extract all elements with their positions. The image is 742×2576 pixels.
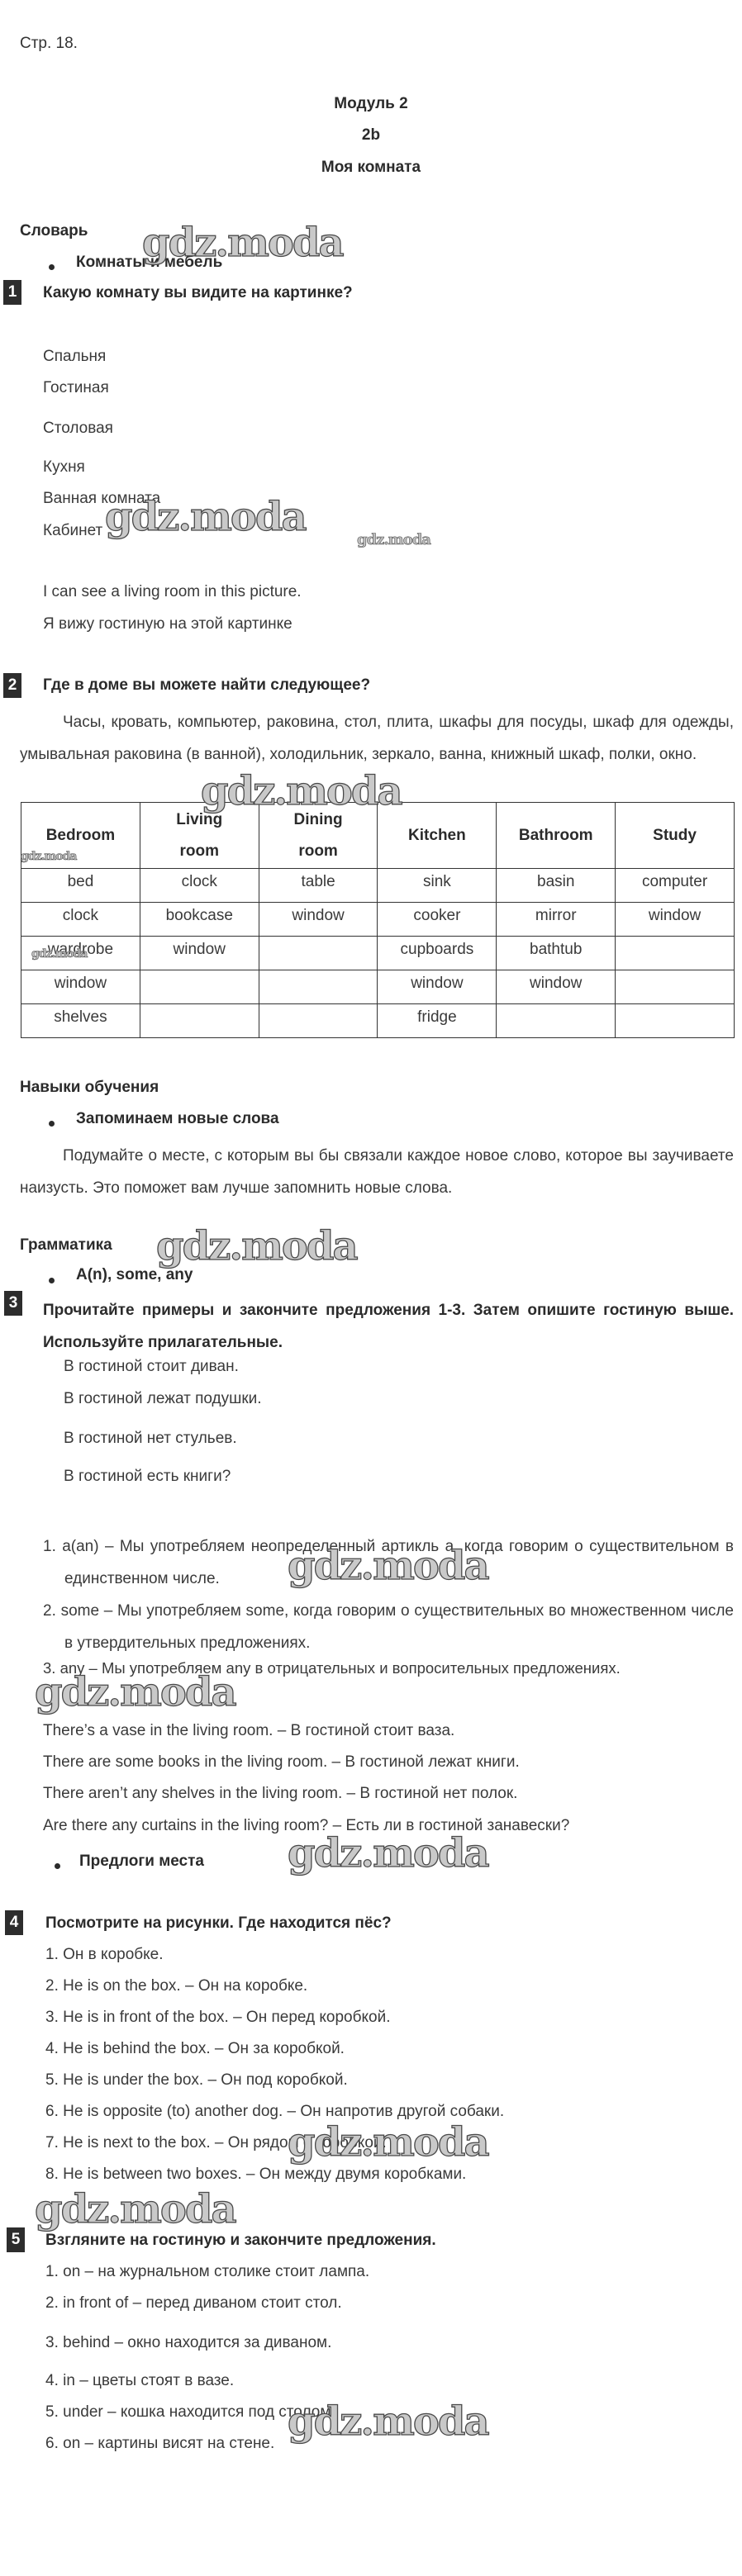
table-cell: bed <box>21 869 140 903</box>
table-cell: window <box>497 970 616 1004</box>
exercise-1-answer-ru: Я вижу гостиную на этой картинке <box>43 615 293 633</box>
list-item: 2. in front of – перед диваном стоит сто… <box>45 2294 342 2313</box>
example-translation: There aren’t any shelves in the living r… <box>43 1785 517 1803</box>
table-cell <box>616 970 735 1004</box>
watermark: gdz.moda <box>288 2398 488 2445</box>
example-translation: There’s a vase in the living room. – В г… <box>43 1722 454 1740</box>
table-cell: sink <box>378 869 497 903</box>
example-sentence: В гостиной нет стульев. <box>64 1430 237 1448</box>
example-sentence: В гостиной есть книги? <box>64 1468 231 1486</box>
page-label: Стр. 18. <box>20 35 78 53</box>
exercise-number-badge: 4 <box>5 1910 23 1935</box>
table-cell <box>259 970 378 1004</box>
exercise-number-badge: 1 <box>3 280 21 305</box>
table-cell: computer <box>616 869 735 903</box>
table-cell <box>497 1004 616 1038</box>
watermark: gdz.moda <box>156 1223 357 1269</box>
watermark: gdz.moda <box>288 1543 488 1589</box>
exercise-2-question: Где в доме вы можете найти следующее? <box>43 676 370 695</box>
table-cell: window <box>140 937 259 970</box>
table-cell: window <box>21 970 140 1004</box>
list-item: 6. He is opposite (to) another dog. – Он… <box>45 2103 504 2121</box>
example-translation: There are some books in the living room.… <box>43 1753 520 1772</box>
table-cell: shelves <box>21 1004 140 1038</box>
table-cell: bookcase <box>140 903 259 937</box>
exercise-5-question: Взгляните на гостиную и закончите предло… <box>45 2232 436 2250</box>
watermark: gdz.moda <box>105 494 306 540</box>
list-item: 1. on – на журнальном столике стоит ламп… <box>45 2263 369 2281</box>
table-cell: window <box>378 970 497 1004</box>
table-header-text: Bathroom <box>497 820 615 852</box>
table-cell <box>616 1004 735 1038</box>
study-skills-bullet: Запоминаем новые слова <box>76 1110 279 1128</box>
table-cell <box>140 970 259 1004</box>
list-item: 4. He is behind the box. – Он за коробко… <box>45 2040 345 2058</box>
exercise-number-badge: 2 <box>3 673 21 698</box>
room-item: Кухня <box>43 458 85 477</box>
table-cell: cupboards <box>378 937 497 970</box>
watermark: gdz.moda <box>357 531 430 548</box>
table-header-text: room <box>140 836 259 867</box>
room-item: Гостиная <box>43 379 109 397</box>
list-item: 8. He is between two boxes. – Он между д… <box>45 2166 466 2184</box>
exercise-2-word-list: Часы, кровать, компьютер, раковина, стол… <box>20 706 734 771</box>
bullet-icon <box>49 1121 55 1127</box>
exercise-1-answer-en: I can see a living room in this picture. <box>43 583 302 601</box>
table-row: wardrobewindowcupboardsbathtub <box>21 937 735 970</box>
list-item: 2. He is on the box. – Он на коробке. <box>45 1977 307 1995</box>
grammar-heading: Грамматика <box>20 1236 112 1255</box>
list-item: 3. behind – окно находится за диваном. <box>45 2334 331 2352</box>
list-item: 1. Он в коробке. <box>45 1946 164 1964</box>
watermark: gdz.moda <box>201 768 402 814</box>
watermark: gdz.moda <box>35 1669 235 1715</box>
list-item: 3. He is in front of the box. – Он перед… <box>45 2009 391 2027</box>
table-cell: window <box>259 903 378 937</box>
study-skills-text: Подумайте о месте, с которым вы бы связа… <box>20 1140 734 1204</box>
table-column-header: Study <box>616 803 735 869</box>
watermark: gdz.moda <box>288 2119 488 2166</box>
table-cell <box>140 1004 259 1038</box>
bullet-icon <box>49 264 55 270</box>
table-cell: window <box>616 903 735 937</box>
exercise-number-badge: 5 <box>7 2227 25 2252</box>
table-cell: table <box>259 869 378 903</box>
table-header-text: Kitchen <box>378 820 496 852</box>
table-cell: clock <box>21 903 140 937</box>
room-item: Спальня <box>43 348 106 366</box>
bullet-icon <box>55 1863 60 1869</box>
table-cell: bathtub <box>497 937 616 970</box>
study-skills-heading: Навыки обучения <box>20 1079 159 1097</box>
table-row: windowwindowwindow <box>21 970 735 1004</box>
room-item: Кабинет <box>43 522 102 540</box>
module-title: Модуль 2 <box>0 95 742 113</box>
table-header-text: Bedroom <box>21 820 140 852</box>
table-header-text: room <box>259 836 378 867</box>
grammar-rule-2: 2. some – Мы употребляем some, когда гов… <box>43 1595 734 1659</box>
table-cell <box>616 937 735 970</box>
room-item: Столовая <box>43 420 113 438</box>
watermark: gdz.moda <box>31 947 87 961</box>
lesson-code: 2b <box>0 126 742 145</box>
watermark: gdz.moda <box>142 220 343 266</box>
prepositions-bullet: Предлоги места <box>79 1853 204 1871</box>
table-cell <box>259 1004 378 1038</box>
table-cell: basin <box>497 869 616 903</box>
bullet-icon <box>49 1278 55 1283</box>
table-row: clockbookcasewindowcookermirrorwindow <box>21 903 735 937</box>
watermark: gdz.moda <box>35 2186 235 2232</box>
exercise-3-question: Прочитайте примеры и закончите предложен… <box>43 1294 734 1359</box>
table-cell: clock <box>140 869 259 903</box>
list-item: 5. He is under the box. – Он под коробко… <box>45 2071 348 2090</box>
table-row: shelvesfridge <box>21 1004 735 1038</box>
vocabulary-heading: Словарь <box>20 222 88 240</box>
exercise-number-badge: 3 <box>4 1291 22 1316</box>
grammar-rule-text: 2. some – Мы употребляем some, когда гов… <box>43 1595 734 1659</box>
table-row: bedclocktablesinkbasincomputer <box>21 869 735 903</box>
list-item: 6. on – картины висят на стене. <box>45 2435 274 2453</box>
table-cell: fridge <box>378 1004 497 1038</box>
lesson-title: Моя комната <box>0 159 742 177</box>
exercise-1-question: Какую комнату вы видите на картинке? <box>43 284 353 302</box>
rooms-table: BedroomLivingroomDiningroomKitchenBathro… <box>21 802 735 1038</box>
table-cell: cooker <box>378 903 497 937</box>
list-item: 4. in – цветы стоят в вазе. <box>45 2372 234 2390</box>
watermark: gdz.moda <box>288 1830 488 1876</box>
example-sentence: В гостиной лежат подушки. <box>64 1390 262 1408</box>
watermark: gdz.moda <box>21 850 76 863</box>
table-header-text: Study <box>616 820 734 852</box>
table-cell: mirror <box>497 903 616 937</box>
table-cell <box>259 937 378 970</box>
table-column-header: Bathroom <box>497 803 616 869</box>
example-sentence: В гостиной стоит диван. <box>64 1358 239 1376</box>
exercise-4-question: Посмотрите на рисунки. Где находится пёс… <box>45 1914 392 1933</box>
